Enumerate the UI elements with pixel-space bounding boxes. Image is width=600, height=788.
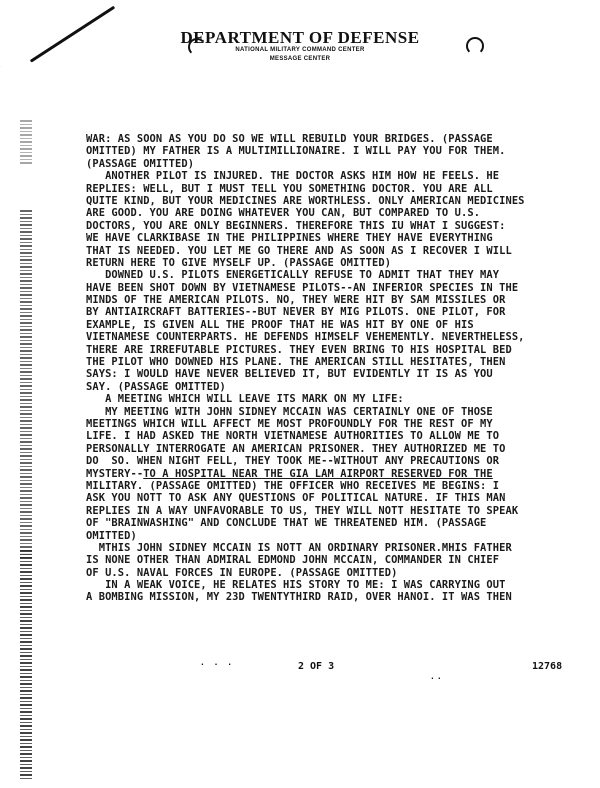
scan-dots: ..: [430, 672, 444, 681]
text-line: THE PILOT WHO DOWNED HIS PLANE. THE AMER…: [86, 356, 586, 368]
text-line: EXAMPLE, IS GIVEN ALL THE PROOF THAT HE …: [86, 319, 586, 331]
text-line: A BOMBING MISSION, MY 23D TWENTYTHIRD RA…: [86, 591, 586, 603]
text-line: MINDS OF THE AMERICAN PILOTS. NO, THEY W…: [86, 294, 586, 306]
text-line: DO SO. WHEN NIGHT FELL, THEY TOOK ME--WI…: [86, 455, 586, 467]
document-page: DEPARTMENT OF DEFENSE NATIONAL MILITARY …: [0, 0, 600, 788]
text-line: WE HAVE CLARKIBASE IN THE PHILIPPINES WH…: [86, 232, 586, 244]
text-line: ANOTHER PILOT IS INJURED. THE DOCTOR ASK…: [86, 170, 586, 182]
text-line: DOCTORS, YOU ARE ONLY BEGINNERS. THEREFO…: [86, 220, 586, 232]
text-line: SAY. (PASSAGE OMITTED): [86, 381, 586, 393]
scan-edge-speckle: [20, 210, 32, 560]
text-line: HAVE BEEN SHOT DOWN BY VIETNAMESE PILOTS…: [86, 282, 586, 294]
text-line: OF "BRAINWASHING" AND CONCLUDE THAT WE T…: [86, 517, 586, 529]
text-line: MILITARY. (PASSAGE OMITTED) THE OFFICER …: [86, 480, 586, 492]
letterhead-subtitle-2: MESSAGE CENTER: [0, 56, 600, 62]
scan-dots: . . .: [200, 658, 234, 667]
text-line: DOWNED U.S. PILOTS ENERGETICALLY REFUSE …: [86, 269, 586, 281]
text-line: OMITTED): [86, 530, 586, 542]
text-line: MEETINGS WHICH WILL AFFECT ME MOST PROFO…: [86, 418, 586, 430]
text-line: LIFE. I HAD ASKED THE NORTH VIETNAMESE A…: [86, 430, 586, 442]
letterhead-title: DEPARTMENT OF DEFENSE: [0, 28, 600, 48]
text-line: OF U.S. NAVAL FORCES IN EUROPE. (PASSAGE…: [86, 567, 586, 579]
letterhead-subtitle: NATIONAL MILITARY COMMAND CENTER: [0, 47, 600, 53]
scan-edge-speckle: [20, 550, 32, 780]
text-line: THAT IS NEEDED. YOU LET ME GO THERE AND …: [86, 245, 586, 257]
text-line: IN A WEAK VOICE, HE RELATES HIS STORY TO…: [86, 579, 586, 591]
text-line: WAR: AS SOON AS YOU DO SO WE WILL REBUIL…: [86, 133, 586, 145]
document-number: 12768: [532, 661, 562, 672]
text-line: ARE GOOD. YOU ARE DOING WHATEVER YOU CAN…: [86, 207, 586, 219]
text-line: ASK YOU NOTT TO ASK ANY QUESTIONS OF POL…: [86, 492, 586, 504]
text-line: PERSONALLY INTERROGATE AN AMERICAN PRISO…: [86, 443, 586, 455]
text-line: VIETNAMESE COUNTERPARTS. HE DEFENDS HIMS…: [86, 331, 586, 343]
text-line: MY MEETING WITH JOHN SIDNEY MCCAIN WAS C…: [86, 406, 586, 418]
page-indicator: 2 OF 3: [298, 661, 334, 672]
scan-artifact-curve: [0, 60, 29, 102]
text-line: SAYS: I WOULD HAVE NEVER BELIEVED IT, BU…: [86, 368, 586, 380]
text-line: THERE ARE IRREFUTABLE PICTURES. THEY EVE…: [86, 344, 586, 356]
text-line: OMITTED) MY FATHER IS A MULTIMILLIONAIRE…: [86, 145, 586, 157]
message-body: WAR: AS SOON AS YOU DO SO WE WILL REBUIL…: [86, 133, 586, 604]
text-line: MYSTERY--TO A HOSPITAL NEAR THE GIA LAM …: [86, 468, 586, 480]
text-line: REPLIES: WELL, BUT I MUST TELL YOU SOMET…: [86, 183, 586, 195]
letterhead: DEPARTMENT OF DEFENSE NATIONAL MILITARY …: [0, 28, 600, 62]
text-line: A MEETING WHICH WILL LEAVE ITS MARK ON M…: [86, 393, 586, 405]
underlined-text: TO A HOSPITAL NEAR THE GIA LAM AIRPORT R…: [143, 468, 493, 480]
text-line: BY ANTIAIRCRAFT BATTERIES--BUT NEVER BY …: [86, 306, 586, 318]
text-line: IS NONE OTHER THAN ADMIRAL EDMOND JOHN M…: [86, 554, 586, 566]
text-line: (PASSAGE OMITTED): [86, 158, 586, 170]
text-line: MTHIS JOHN SIDNEY MCCAIN IS NOTT AN ORDI…: [86, 542, 586, 554]
text-line: RETURN HERE TO GIVE MYSELF UP. (PASSAGE …: [86, 257, 586, 269]
text-line: REPLIES IN A WAY UNFAVORABLE TO US, THEY…: [86, 505, 586, 517]
scan-edge-speckle: [20, 120, 32, 165]
text-line: QUITE KIND, BUT YOUR MEDICINES ARE WORTH…: [86, 195, 586, 207]
